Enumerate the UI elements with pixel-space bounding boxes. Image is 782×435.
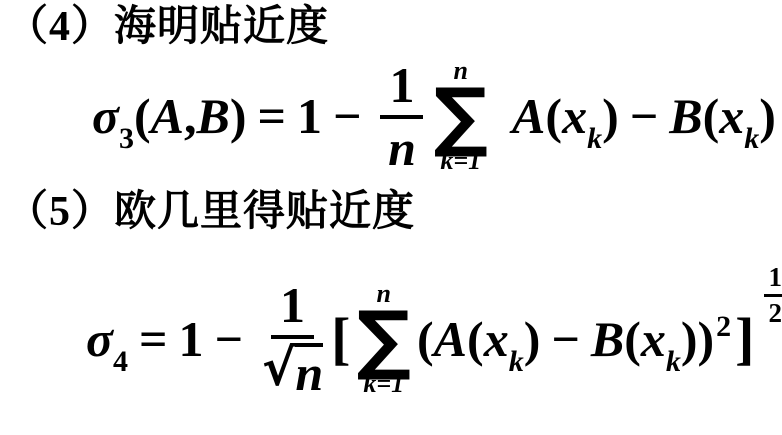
slide-page: （4）海明贴近度 σ3(A,B)=1− 1 n n ∑ k=1 A(xk)−B(…	[0, 0, 782, 435]
close-paren: )	[759, 91, 776, 141]
fraction-one-over-n: 1 n	[380, 60, 423, 173]
close-paren: )	[230, 91, 247, 141]
summation-lower-limit: k=1	[363, 371, 404, 397]
membership-b: B	[669, 91, 702, 141]
sigma-symbol: σ	[86, 314, 113, 364]
constant-one: 1	[297, 91, 322, 141]
fraction-numerator: 1	[380, 60, 423, 119]
equals-sign: =	[257, 91, 286, 141]
formula-euclidean: σ4=1− 1 √n [ n ∑ k=1 (A(xk)−B(xk))2 ] 1 …	[86, 264, 782, 414]
close-paren: )	[524, 314, 541, 364]
minus-sign: −	[630, 91, 659, 141]
exponent-numerator: 1	[764, 263, 782, 296]
exponent-one-half: 1 2	[764, 263, 782, 327]
formula-hamming-term: A(xk)−B(xk)	[512, 91, 776, 141]
subscript-k: k	[666, 347, 681, 377]
membership-a: A	[512, 91, 545, 141]
heading-hamming: （4）海明贴近度	[0, 0, 782, 51]
subscript-k: k	[587, 124, 602, 154]
comma: ,	[184, 91, 197, 141]
subscript-k: k	[509, 347, 524, 377]
close-paren: )	[698, 314, 715, 364]
open-paren: (	[545, 91, 562, 141]
sigma-subscript: 3	[119, 124, 134, 154]
subscript-k: k	[744, 124, 759, 154]
minus-sign: −	[551, 314, 580, 364]
summation-lower-limit: k=1	[440, 148, 481, 174]
formula-hamming: σ3(A,B)=1− 1 n n ∑ k=1 A(xk)−B(xk)	[92, 59, 782, 173]
close-paren: )	[602, 91, 619, 141]
radical-icon: √	[262, 343, 295, 393]
summation: n ∑ k=1	[433, 58, 488, 175]
open-paren: (	[467, 314, 484, 364]
close-bracket: ]	[735, 313, 754, 365]
sigma-subscript: 4	[113, 347, 128, 377]
formula-euclidean-term: (A(xk)−B(xk))2	[417, 314, 731, 364]
membership-b: B	[591, 314, 624, 364]
close-paren: )	[681, 314, 698, 364]
exponent-two: 2	[716, 312, 731, 342]
open-bracket: [	[331, 313, 350, 365]
summation-sigma-icon: ∑	[433, 84, 488, 149]
summation-sigma-icon: ∑	[356, 307, 411, 372]
membership-a: A	[434, 314, 467, 364]
formula-euclidean-lhs: σ4=1−	[86, 314, 254, 364]
equals-sign: =	[139, 314, 168, 364]
variable-x: x	[484, 314, 509, 364]
fraction-numerator: 1	[271, 280, 314, 339]
open-paren: (	[134, 91, 151, 141]
open-paren: (	[703, 91, 720, 141]
fraction-denominator: n	[388, 119, 416, 173]
variable-x: x	[641, 314, 666, 364]
radicand-n: n	[295, 343, 323, 398]
exponent-denominator: 2	[769, 297, 782, 327]
heading-euclidean: （5）欧几里得贴近度	[0, 189, 782, 236]
formula-hamming-lhs: σ3(A,B)=1−	[92, 91, 372, 141]
sigma-symbol: σ	[92, 91, 119, 141]
variable-x: x	[719, 91, 744, 141]
constant-one: 1	[178, 314, 203, 364]
variable-x: x	[562, 91, 587, 141]
open-paren: (	[624, 314, 641, 364]
open-paren: (	[417, 314, 434, 364]
fraction-one-over-sqrt-n: 1 √n	[262, 280, 323, 398]
set-a: A	[151, 91, 184, 141]
minus-sign: −	[214, 314, 243, 364]
set-b: B	[196, 91, 229, 141]
fraction-denominator: √n	[262, 339, 323, 398]
minus-sign: −	[333, 91, 362, 141]
summation: n ∑ k=1	[356, 281, 411, 398]
